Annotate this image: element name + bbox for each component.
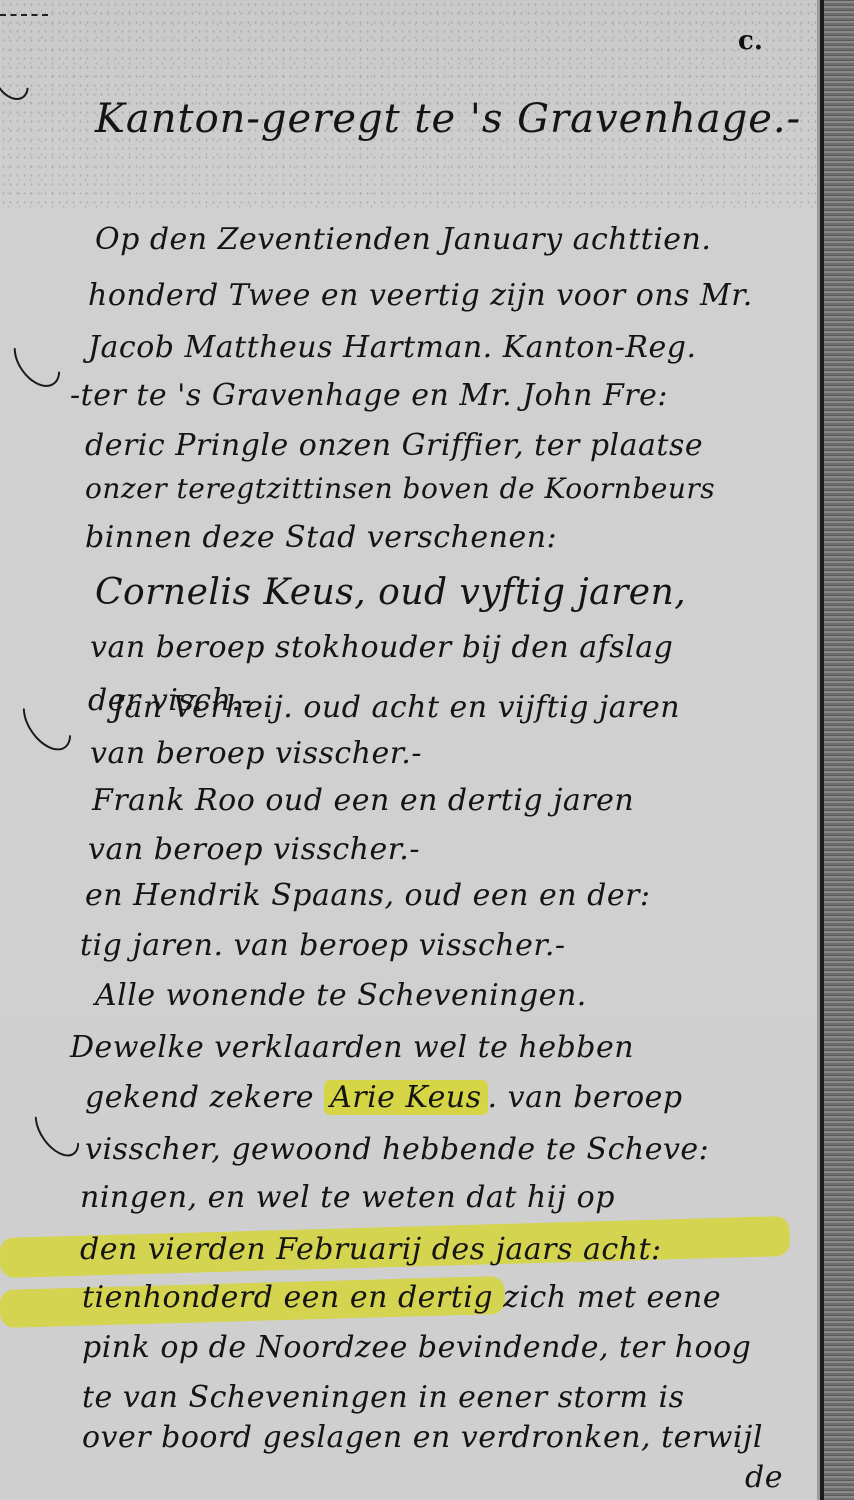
text-segment: gekend zekere: [85, 1080, 324, 1115]
text-segment: zich met eene: [493, 1280, 721, 1315]
text-line: van beroep visscher.-: [90, 736, 422, 771]
text-line: te van Scheveningen in eener storm is: [82, 1380, 684, 1415]
text-line: deric Pringle onzen Griffier, ter plaats…: [85, 428, 703, 463]
text-line: honderd Twee en veertig zijn voor ons Mr…: [88, 278, 753, 313]
text-line: Jan Verheij. oud acht en vijftig jaren: [112, 690, 680, 725]
text-line: Cornelis Keus, oud vyftig jaren,: [95, 572, 686, 613]
text-line: Jacob Mattheus Hartman. Kanton-Reg.: [88, 330, 697, 365]
page-binding-edge: [820, 0, 854, 1500]
highlighted-date-segment: tienhonderd een en dertig: [82, 1280, 493, 1315]
text-line: visscher, gewoond hebbende te Scheve:: [85, 1132, 709, 1167]
text-line: onzer teregtzittinsen boven de Koornbeur…: [85, 472, 715, 505]
text-line: van beroep visscher.-: [88, 832, 420, 867]
text-line: Alle wonende te Scheveningen.: [95, 978, 587, 1013]
text-line: ningen, en wel te weten dat hij op: [80, 1180, 615, 1215]
text-segment: . van beroep: [488, 1080, 683, 1115]
document-title: Kanton-geregt te 's Gravenhage.-: [95, 96, 801, 142]
catchword: de: [745, 1460, 783, 1495]
text-line: binnen deze Stad verschenen:: [85, 520, 557, 555]
margin-flourish: [13, 685, 81, 759]
corner-mark: [0, 14, 48, 20]
highlighted-name: Arie Keus: [324, 1080, 487, 1115]
text-line: over boord geslagen en verdronken, terwi…: [82, 1420, 763, 1455]
text-line: Op den Zeventienden January achttien.: [95, 222, 711, 257]
text-line: Frank Roo oud een en dertig jaren: [92, 783, 634, 818]
page-mark: c.: [738, 26, 763, 56]
text-line-with-highlight: tienhonderd een en dertig zich met eene: [82, 1280, 721, 1315]
text-line: van beroep stokhouder bij den afslag: [90, 630, 673, 665]
text-line: Dewelke verklaarden wel te hebben: [70, 1030, 634, 1065]
scanned-document-page: c. Kanton-geregt te 's Gravenhage.- Op d…: [0, 0, 854, 1500]
text-line: -ter te 's Gravenhage en Mr. John Fre:: [70, 378, 668, 413]
text-line: en Hendrik Spaans, oud een en der:: [85, 878, 651, 913]
margin-flourish: [26, 1096, 88, 1165]
margin-flourish: [4, 325, 70, 396]
text-line: pink op de Noordzee bevindende, ter hoog: [82, 1330, 751, 1365]
highlighted-date-line: den vierden Februarij des jaars acht:: [80, 1232, 662, 1267]
text-line-with-highlight: gekend zekere Arie Keus. van beroep: [85, 1080, 683, 1115]
text-line: tig jaren. van beroep visscher.-: [80, 928, 566, 963]
